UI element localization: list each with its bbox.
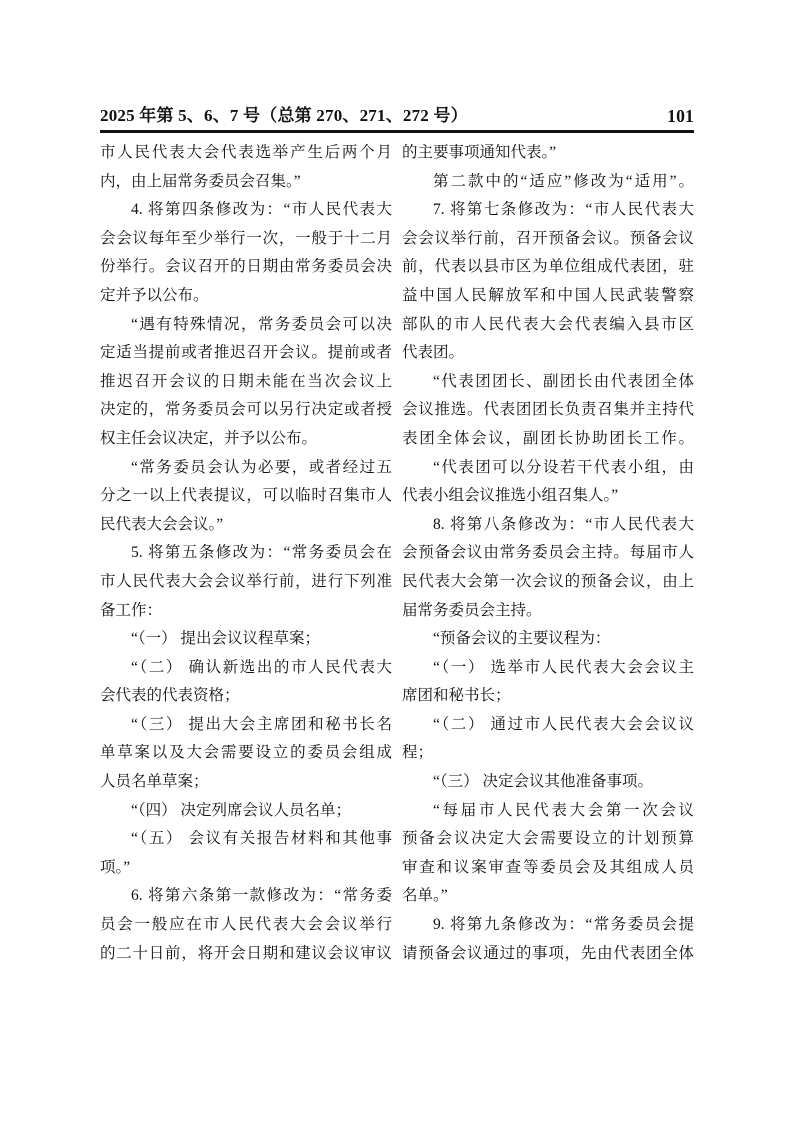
text-line: 席团和秘书长； bbox=[402, 682, 694, 711]
text-line: 会议推选。代表团团长负责召集并主持代 bbox=[402, 396, 694, 425]
issue-label: 2025 年第 5、6、7 号（总第 270、271、272 号） bbox=[100, 106, 468, 126]
text-line: 市人民代表大会会议举行前，进行下列准 bbox=[100, 568, 392, 597]
text-line: 民代表大会第一次会议的预备会议，由上 bbox=[402, 568, 694, 597]
text-line: “预备会议的主要议程为： bbox=[402, 625, 694, 654]
text-line: 民代表大会会议。” bbox=[100, 511, 392, 540]
article-body: 市人民代表大会代表选举产生后两个月内，由上届常务委员会召集。”4. 将第四条修改… bbox=[100, 139, 694, 968]
text-line: 代表团。 bbox=[402, 339, 694, 368]
document-page: 2025 年第 5、6、7 号（总第 270、271、272 号） 101 市人… bbox=[100, 106, 694, 968]
text-line: “每届市人民代表大会第一次会议 bbox=[402, 797, 694, 826]
text-line: 定适当提前或者推迟召开会议。提前或者 bbox=[100, 339, 392, 368]
text-line: 的二十日前，将开会日期和建议会议审议 bbox=[100, 940, 392, 969]
text-line: 权主任会议决定，并予以公布。 bbox=[100, 425, 392, 454]
text-line: 5. 将第五条修改为：“常务委员会在 bbox=[100, 539, 392, 568]
text-line: 会预备会议由常务委员会主持。每届市人 bbox=[402, 539, 694, 568]
text-line: 员会一般应在市人民代表大会会议举行 bbox=[100, 911, 392, 940]
text-line: 前，代表以县市区为单位组成代表团，驻 bbox=[402, 253, 694, 282]
text-line: 会会议举行前，召开预备会议。预备会议 bbox=[402, 225, 694, 254]
text-line: 的主要事项通知代表。” bbox=[402, 139, 694, 168]
text-line: 表团全体会议，副团长协助团长工作。 bbox=[402, 425, 694, 454]
text-line: “（一） 选举市人民代表大会会议主 bbox=[402, 654, 694, 683]
text-line: “（二） 通过市人民代表大会会议议 bbox=[402, 711, 694, 740]
text-line: 决定的，常务委员会可以另行决定或者授 bbox=[100, 396, 392, 425]
text-line: 份举行。会议召开的日期由常务委员会决 bbox=[100, 253, 392, 282]
text-line: 届常务委员会主持。 bbox=[402, 597, 694, 626]
text-line: 市人民代表大会代表选举产生后两个月 bbox=[100, 139, 392, 168]
text-line: 预备会议决定大会需要设立的计划预算 bbox=[402, 825, 694, 854]
text-line: 代表小组会议推选小组召集人。” bbox=[402, 482, 694, 511]
text-line: 会会议每年至少举行一次，一般于十二月 bbox=[100, 225, 392, 254]
text-line: “（二） 确认新选出的市人民代表大 bbox=[100, 654, 392, 683]
column-left: 市人民代表大会代表选举产生后两个月内，由上届常务委员会召集。”4. 将第四条修改… bbox=[100, 139, 392, 968]
text-line: 审查和议案审查等委员会及其组成人员 bbox=[402, 854, 694, 883]
text-line: 益中国人民解放军和中国人民武装警察 bbox=[402, 282, 694, 311]
text-line: 分之一以上代表提议，可以临时召集市人 bbox=[100, 482, 392, 511]
text-line: 4. 将第四条修改为：“市人民代表大 bbox=[100, 196, 392, 225]
text-line: “（四） 决定列席会议人员名单； bbox=[100, 797, 392, 826]
page-number: 101 bbox=[667, 106, 694, 126]
text-line: “常务委员会认为必要，或者经过五 bbox=[100, 454, 392, 483]
text-line: 单草案以及大会需要设立的委员会组成 bbox=[100, 739, 392, 768]
text-line: 名单。” bbox=[402, 882, 694, 911]
text-line: 7. 将第七条修改为：“市人民代表大 bbox=[402, 196, 694, 225]
text-line: 定并予以公布。 bbox=[100, 282, 392, 311]
column-right: 的主要事项通知代表。”第二款中的“适应”修改为“适用”。7. 将第七条修改为：“… bbox=[402, 139, 694, 968]
text-line: “代表团团长、副团长由代表团全体 bbox=[402, 368, 694, 397]
text-line: “遇有特殊情况，常务委员会可以决 bbox=[100, 311, 392, 340]
text-line: “代表团可以分设若干代表小组，由 bbox=[402, 454, 694, 483]
text-line: 请预备会议通过的事项，先由代表团全体 bbox=[402, 940, 694, 969]
text-line: 内，由上届常务委员会召集。” bbox=[100, 168, 392, 197]
text-line: 人员名单草案； bbox=[100, 768, 392, 797]
text-line: “（三） 提出大会主席团和秘书长名 bbox=[100, 711, 392, 740]
text-line: 备工作： bbox=[100, 597, 392, 626]
text-line: “（三） 决定会议其他准备事项。 bbox=[402, 768, 694, 797]
text-line: 推迟召开会议的日期未能在当次会议上 bbox=[100, 368, 392, 397]
text-line: “（一） 提出会议议程草案； bbox=[100, 625, 392, 654]
text-line: 8. 将第八条修改为：“市人民代表大 bbox=[402, 511, 694, 540]
page-header: 2025 年第 5、6、7 号（总第 270、271、272 号） 101 bbox=[100, 106, 694, 133]
text-line: 第二款中的“适应”修改为“适用”。 bbox=[402, 168, 694, 197]
text-line: 程； bbox=[402, 739, 694, 768]
text-line: 6. 将第六条第一款修改为：“常务委 bbox=[100, 882, 392, 911]
text-line: 9. 将第九条修改为：“常务委员会提 bbox=[402, 911, 694, 940]
text-line: “（五） 会议有关报告材料和其他事 bbox=[100, 825, 392, 854]
text-line: 项。” bbox=[100, 854, 392, 883]
text-line: 部队的市人民代表大会代表编入县市区 bbox=[402, 311, 694, 340]
text-line: 会代表的代表资格； bbox=[100, 682, 392, 711]
